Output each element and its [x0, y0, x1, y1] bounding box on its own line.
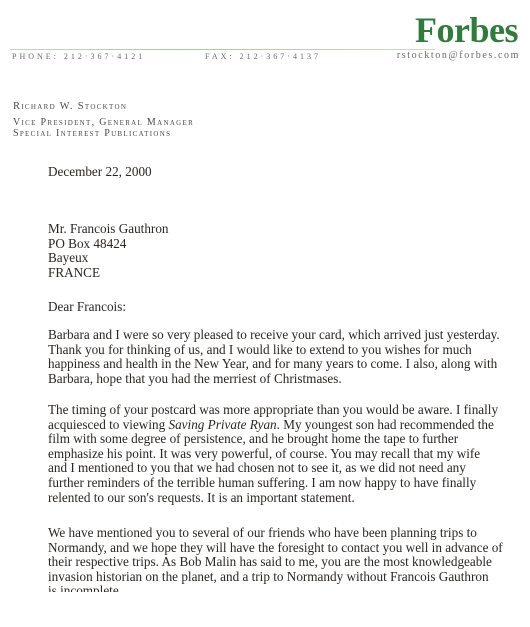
- paragraph-line: The timing of your postcard was more app…: [48, 403, 518, 418]
- paragraph-line: Barbara, hope that you had the merriest …: [48, 372, 518, 387]
- paragraph-1: Barbara and I were so very pleased to re…: [48, 328, 518, 386]
- paragraph-text: . My youngest son had recommended the: [277, 417, 494, 432]
- letterhead-rule: [10, 49, 435, 50]
- sender-division: Special Interest Publications: [13, 128, 194, 139]
- paragraph-line: relented to our son's requests. It is an…: [48, 491, 518, 506]
- paragraph-2: The timing of your postcard was more app…: [48, 403, 518, 505]
- recipient-city: Bayeux: [48, 251, 518, 266]
- paragraph-line: emphasize his point. It was very powerfu…: [48, 447, 518, 462]
- recipient-name: Mr. Francois Gauthron: [48, 222, 518, 237]
- paragraph-line: their respective trips. As Bob Malin has…: [48, 555, 518, 570]
- paragraph-line: Thank you for thinking of us, and I woul…: [48, 343, 518, 358]
- phone-label: Phone:: [12, 52, 59, 61]
- film-title: Saving Private Ryan: [168, 417, 276, 432]
- phone-contact: Phone: 212·367·4121: [12, 52, 145, 61]
- recipient-address: Mr. Francois Gauthron PO Box 48424 Bayeu…: [48, 222, 518, 280]
- paragraph-line: film with some degree of persistence, an…: [48, 432, 518, 447]
- letterhead: Forbes Phone: 212·367·4121 Fax: 212·367·…: [0, 0, 530, 70]
- sender-block: Richard W. Stockton Vice President, Gene…: [13, 101, 194, 139]
- paragraph-line: and I mentioned to you that we had chose…: [48, 461, 518, 476]
- paragraph-line: happiness and health in the New Year, an…: [48, 357, 518, 372]
- page-crop-edge: [0, 592, 530, 627]
- recipient-country: FRANCE: [48, 266, 518, 281]
- paragraph-3: We have mentioned you to several of our …: [48, 526, 518, 599]
- email-address: rstockton@forbes.com: [397, 50, 520, 61]
- paragraph-line: acquiesced to viewing Saving Private Rya…: [48, 418, 518, 433]
- paragraph-line: Barbara and I were so very pleased to re…: [48, 328, 518, 343]
- paragraph-line: Normandy, and we hope they will have the…: [48, 541, 518, 556]
- paragraph-text: acquiesced to viewing: [48, 417, 168, 432]
- phone-number: 212·367·4121: [64, 52, 145, 61]
- paragraph-line: further reminders of the terrible human …: [48, 476, 518, 491]
- sender-title: Vice President, General Manager: [13, 117, 194, 128]
- fax-contact: Fax: 212·367·4137: [205, 52, 321, 61]
- paragraph-line: We have mentioned you to several of our …: [48, 526, 518, 541]
- paragraph-line: invasion historian on the planet, and a …: [48, 570, 518, 585]
- forbes-logo: Forbes: [415, 12, 518, 48]
- letter-date: December 22, 2000: [48, 165, 518, 180]
- fax-label: Fax:: [205, 52, 235, 61]
- recipient-po-box: PO Box 48424: [48, 237, 518, 252]
- salutation: Dear Francois:: [48, 300, 518, 315]
- fax-number: 212·367·4137: [240, 52, 321, 61]
- sender-name: Richard W. Stockton: [13, 101, 194, 112]
